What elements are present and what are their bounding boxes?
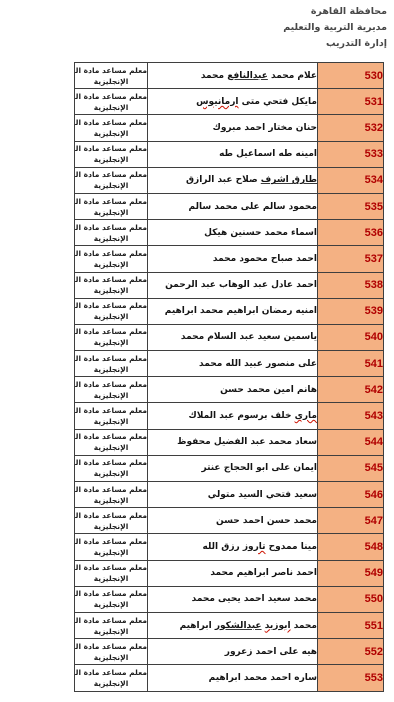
table-row: 545ايمان على ابو الحجاج عنترمعلم مساعد م… [75,455,384,481]
job-role-cell: معلم مساعد مادة اللغةالإنجليزية [75,455,148,481]
role-line-2: الإنجليزية [75,180,147,191]
role-line-2: الإنجليزية [75,678,147,689]
table-row: 541على منصور عبيد الله محمدمعلم مساعد ما… [75,351,384,377]
serial-number-cell: 540 [318,324,384,350]
role-line-1: معلم مساعد مادة اللغة [75,353,147,364]
name-text: مينا ممدوح [266,542,317,552]
role-line-1: معلم مساعد مادة اللغة [75,379,147,390]
role-line-2: الإنجليزية [75,626,147,637]
job-role-cell: معلم مساعد مادة اللغةالإنجليزية [75,508,148,534]
job-role-cell: معلم مساعد مادة اللغةالإنجليزية [75,167,148,193]
name-text: محمد حسن احمد حسن [216,516,317,526]
table-row: 533امينه طه اسماعيل طهمعلم مساعد مادة ال… [75,141,384,167]
serial-number-cell: 544 [318,429,384,455]
table-row: 532حنان مختار احمد مبروكمعلم مساعد مادة … [75,115,384,141]
table-row: 553ساره احمد محمد ابراهيممعلم مساعد مادة… [75,665,384,691]
document-page: { "header": { "lines": [ "محافظة القاهرة… [0,0,394,702]
name-text: ساره احمد محمد ابراهيم [209,673,317,683]
role-line-1: معلم مساعد مادة اللغة [75,615,147,626]
trainee-name-cell: محمد ابوزيد عبدالشكور ابراهيم [148,612,318,638]
serial-number-cell: 552 [318,639,384,665]
role-line-1: معلم مساعد مادة اللغة [75,274,147,285]
role-line-1: معلم مساعد مادة اللغة [75,588,147,599]
role-line-2: الإنجليزية [75,390,147,401]
role-line-1: معلم مساعد مادة اللغة [75,300,147,311]
name-text: اسماء محمد حسنين هيكل [204,228,317,238]
trainee-name-cell: امينه طه اسماعيل طه [148,141,318,167]
serial-number-cell: 532 [318,115,384,141]
serial-number-cell: 538 [318,272,384,298]
name-text: احمد ناصر ابراهيم محمد [210,568,317,578]
role-line-2: الإنجليزية [75,102,147,113]
table-row: 548مينا ممدوح تاروز رزق اللهمعلم مساعد م… [75,534,384,560]
name-text: ايمان على ابو الحجاج عنتر [201,463,317,473]
role-line-2: الإنجليزية [75,468,147,479]
job-role-cell: معلم مساعد مادة اللغةالإنجليزية [75,220,148,246]
table-row: 540ياسمين سعيد عبد السلام محمدمعلم مساعد… [75,324,384,350]
role-line-1: معلم مساعد مادة اللغة [75,248,147,259]
serial-number-cell: 537 [318,246,384,272]
name-text: احمد صباح محمود محمد [213,254,317,264]
role-line-2: الإنجليزية [75,652,147,663]
trainee-name-cell: محمود سالم على محمد سالم [148,193,318,219]
name-text: ابراهيم [180,621,215,631]
name-text: هيه على احمد زعرور [225,647,317,657]
name-text: امنيه رمضان ابراهيم محمد ابراهيم [165,306,317,316]
name-text: رزق الله [203,542,243,552]
name-text: محمد [291,621,317,631]
role-line-2: الإنجليزية [75,311,147,322]
trainee-name-cell: احمد عادل عبد الوهاب عبد الرحمن [148,272,318,298]
job-role-cell: معلم مساعد مادة اللغةالإنجليزية [75,403,148,429]
table-row: 546سعيد فتحي السيد متوليمعلم مساعد مادة … [75,482,384,508]
serial-number-cell: 533 [318,141,384,167]
role-line-2: الإنجليزية [75,76,147,87]
role-line-2: الإنجليزية [75,599,147,610]
job-role-cell: معلم مساعد مادة اللغةالإنجليزية [75,429,148,455]
role-line-2: الإنجليزية [75,337,147,348]
role-line-2: الإنجليزية [75,416,147,427]
serial-number-cell: 535 [318,193,384,219]
serial-number-cell: 550 [318,586,384,612]
name-text: محمد سعيد احمد يحيى محمد [192,594,317,604]
name-text: على منصور عبيد الله محمد [199,359,317,369]
role-line-2: الإنجليزية [75,364,147,375]
serial-number-cell: 549 [318,560,384,586]
job-role-cell: معلم مساعد مادة اللغةالإنجليزية [75,612,148,638]
role-line-1: معلم مساعد مادة اللغة [75,65,147,76]
job-role-cell: معلم مساعد مادة اللغةالإنجليزية [75,63,148,89]
spellcheck-marked-word: عبدالنافع [227,71,268,81]
table-row: 534طارق اشرف صلاح عبد الرازقمعلم مساعد م… [75,167,384,193]
role-line-2: الإنجليزية [75,128,147,139]
name-text: امينه طه اسماعيل طه [219,149,317,159]
role-line-2: الإنجليزية [75,233,147,244]
document-header: محافظة القاهرة مديرية التربية والتعليم إ… [283,4,387,52]
spellcheck-marked-word: عبدالشكور [215,621,262,631]
name-text: علام محمد [268,71,317,81]
role-line-1: معلم مساعد مادة اللغة [75,196,147,207]
role-line-1: معلم مساعد مادة اللغة [75,457,147,468]
spellcheck-marked-word: ارمانيوس [196,97,238,107]
trainee-name-cell: سعيد فتحي السيد متولي [148,482,318,508]
job-role-cell: معلم مساعد مادة اللغةالإنجليزية [75,141,148,167]
table-row: 544سعاد محمد عبد الفضيل محفوظمعلم مساعد … [75,429,384,455]
role-line-1: معلم مساعد مادة اللغة [75,117,147,128]
job-role-cell: معلم مساعد مادة اللغةالإنجليزية [75,377,148,403]
role-line-1: معلم مساعد مادة اللغة [75,222,147,233]
trainee-name-cell: احمد صباح محمود محمد [148,246,318,272]
table-row: 535محمود سالم على محمد سالممعلم مساعد ما… [75,193,384,219]
job-role-cell: معلم مساعد مادة اللغةالإنجليزية [75,246,148,272]
trainee-name-cell: طارق اشرف صلاح عبد الرازق [148,167,318,193]
trainee-name-cell: سعاد محمد عبد الفضيل محفوظ [148,429,318,455]
trainee-name-cell: ياسمين سعيد عبد السلام محمد [148,324,318,350]
spellcheck-marked-word: تاروز [243,542,266,552]
trainee-name-cell: هيه على احمد زعرور [148,639,318,665]
role-line-1: معلم مساعد مادة اللغة [75,143,147,154]
trainee-name-cell: على منصور عبيد الله محمد [148,351,318,377]
role-line-1: معلم مساعد مادة اللغة [75,431,147,442]
job-role-cell: معلم مساعد مادة اللغةالإنجليزية [75,298,148,324]
name-text: صلاح عبد الرازق [186,175,261,185]
trainee-name-cell: مايكل فتحي متى ارمانيوس [148,89,318,115]
table-row: 536اسماء محمد حسنين هيكلمعلم مساعد مادة … [75,220,384,246]
trainee-name-cell: احمد ناصر ابراهيم محمد [148,560,318,586]
serial-number-cell: 546 [318,482,384,508]
table-row: 551محمد ابوزيد عبدالشكور ابراهيممعلم مسا… [75,612,384,638]
role-line-1: معلم مساعد مادة اللغة [75,326,147,337]
table-row: 543مارى خلف برسوم عبد الملاكمعلم مساعد م… [75,403,384,429]
trainee-name-cell: مارى خلف برسوم عبد الملاك [148,403,318,429]
trainee-name-cell: هانم امين محمد حسن [148,377,318,403]
serial-number-cell: 542 [318,377,384,403]
serial-number-cell: 543 [318,403,384,429]
role-line-2: الإنجليزية [75,207,147,218]
job-role-cell: معلم مساعد مادة اللغةالإنجليزية [75,351,148,377]
table-row: 542هانم امين محمد حسنمعلم مساعد مادة الل… [75,377,384,403]
header-line-department: إدارة التدريب [283,36,387,52]
trainee-name-cell: امنيه رمضان ابراهيم محمد ابراهيم [148,298,318,324]
name-text: سعاد محمد عبد الفضيل محفوظ [177,437,317,447]
role-line-2: الإنجليزية [75,573,147,584]
role-line-1: معلم مساعد مادة اللغة [75,484,147,495]
spellcheck-marked-word: مارى [295,411,317,421]
name-text: حنان مختار احمد مبروك [213,123,317,133]
name-text: محمد [201,71,227,81]
role-line-2: الإنجليزية [75,154,147,165]
serial-number-cell: 551 [318,612,384,638]
role-line-2: الإنجليزية [75,442,147,453]
serial-number-cell: 536 [318,220,384,246]
table-row: 549احمد ناصر ابراهيم محمدمعلم مساعد مادة… [75,560,384,586]
role-line-2: الإنجليزية [75,259,147,270]
serial-number-cell: 553 [318,665,384,691]
serial-number-cell: 545 [318,455,384,481]
trainee-name-cell: علام محمد عبدالنافع محمد [148,63,318,89]
table-row: 550محمد سعيد احمد يحيى محمدمعلم مساعد ما… [75,586,384,612]
job-role-cell: معلم مساعد مادة اللغةالإنجليزية [75,115,148,141]
name-text: محمود سالم على محمد سالم [189,202,317,212]
role-line-2: الإنجليزية [75,495,147,506]
serial-number-cell: 539 [318,298,384,324]
role-line-1: معلم مساعد مادة اللغة [75,510,147,521]
role-line-1: معلم مساعد مادة اللغة [75,667,147,678]
role-line-2: الإنجليزية [75,285,147,296]
job-role-cell: معلم مساعد مادة اللغةالإنجليزية [75,639,148,665]
role-line-2: الإنجليزية [75,547,147,558]
trainee-name-cell: اسماء محمد حسنين هيكل [148,220,318,246]
job-role-cell: معلم مساعد مادة اللغةالإنجليزية [75,272,148,298]
serial-number-cell: 534 [318,167,384,193]
table-row: 537احمد صباح محمود محمدمعلم مساعد مادة ا… [75,246,384,272]
trainee-name-cell: ساره احمد محمد ابراهيم [148,665,318,691]
spellcheck-marked-word: طارق اشرف [261,175,317,185]
job-role-cell: معلم مساعد مادة اللغةالإنجليزية [75,324,148,350]
table-row: 538احمد عادل عبد الوهاب عبد الرحمنمعلم م… [75,272,384,298]
header-line-governorate: محافظة القاهرة [283,4,387,20]
table-row: 539امنيه رمضان ابراهيم محمد ابراهيممعلم … [75,298,384,324]
serial-number-cell: 548 [318,534,384,560]
name-text: مايكل فتحي متى [238,97,317,107]
name-text: احمد عادل عبد الوهاب عبد الرحمن [165,280,317,290]
job-role-cell: معلم مساعد مادة اللغةالإنجليزية [75,482,148,508]
role-line-1: معلم مساعد مادة اللغة [75,562,147,573]
name-text: خلف برسوم عبد الملاك [189,411,295,421]
serial-number-cell: 541 [318,351,384,377]
table-row: 531مايكل فتحي متى ارمانيوسمعلم مساعد ماد… [75,89,384,115]
serial-number-cell: 531 [318,89,384,115]
table-row: 552هيه على احمد زعرورمعلم مساعد مادة الل… [75,639,384,665]
trainee-roster-table: 530علام محمد عبدالنافع محمدمعلم مساعد ما… [74,62,384,692]
trainee-name-cell: ايمان على ابو الحجاج عنتر [148,455,318,481]
role-line-1: معلم مساعد مادة اللغة [75,91,147,102]
job-role-cell: معلم مساعد مادة اللغةالإنجليزية [75,560,148,586]
serial-number-cell: 530 [318,63,384,89]
role-line-2: الإنجليزية [75,521,147,532]
name-text: ياسمين سعيد عبد السلام محمد [181,332,317,342]
serial-number-cell: 547 [318,508,384,534]
name-text: سعيد فتحي السيد متولي [208,490,317,500]
job-role-cell: معلم مساعد مادة اللغةالإنجليزية [75,89,148,115]
spellcheck-marked-word: ابوزيد [265,621,291,631]
trainee-name-cell: مينا ممدوح تاروز رزق الله [148,534,318,560]
role-line-1: معلم مساعد مادة اللغة [75,641,147,652]
role-line-1: معلم مساعد مادة اللغة [75,536,147,547]
role-line-1: معلم مساعد مادة اللغة [75,405,147,416]
header-line-directorate: مديرية التربية والتعليم [283,20,387,36]
table-row: 547محمد حسن احمد حسنمعلم مساعد مادة اللغ… [75,508,384,534]
name-text: هانم امين محمد حسن [220,385,317,395]
job-role-cell: معلم مساعد مادة اللغةالإنجليزية [75,534,148,560]
job-role-cell: معلم مساعد مادة اللغةالإنجليزية [75,586,148,612]
trainee-name-cell: حنان مختار احمد مبروك [148,115,318,141]
trainee-name-cell: محمد سعيد احمد يحيى محمد [148,586,318,612]
trainee-name-cell: محمد حسن احمد حسن [148,508,318,534]
job-role-cell: معلم مساعد مادة اللغةالإنجليزية [75,193,148,219]
table-row: 530علام محمد عبدالنافع محمدمعلم مساعد ما… [75,63,384,89]
job-role-cell: معلم مساعد مادة اللغةالإنجليزية [75,665,148,691]
role-line-1: معلم مساعد مادة اللغة [75,169,147,180]
